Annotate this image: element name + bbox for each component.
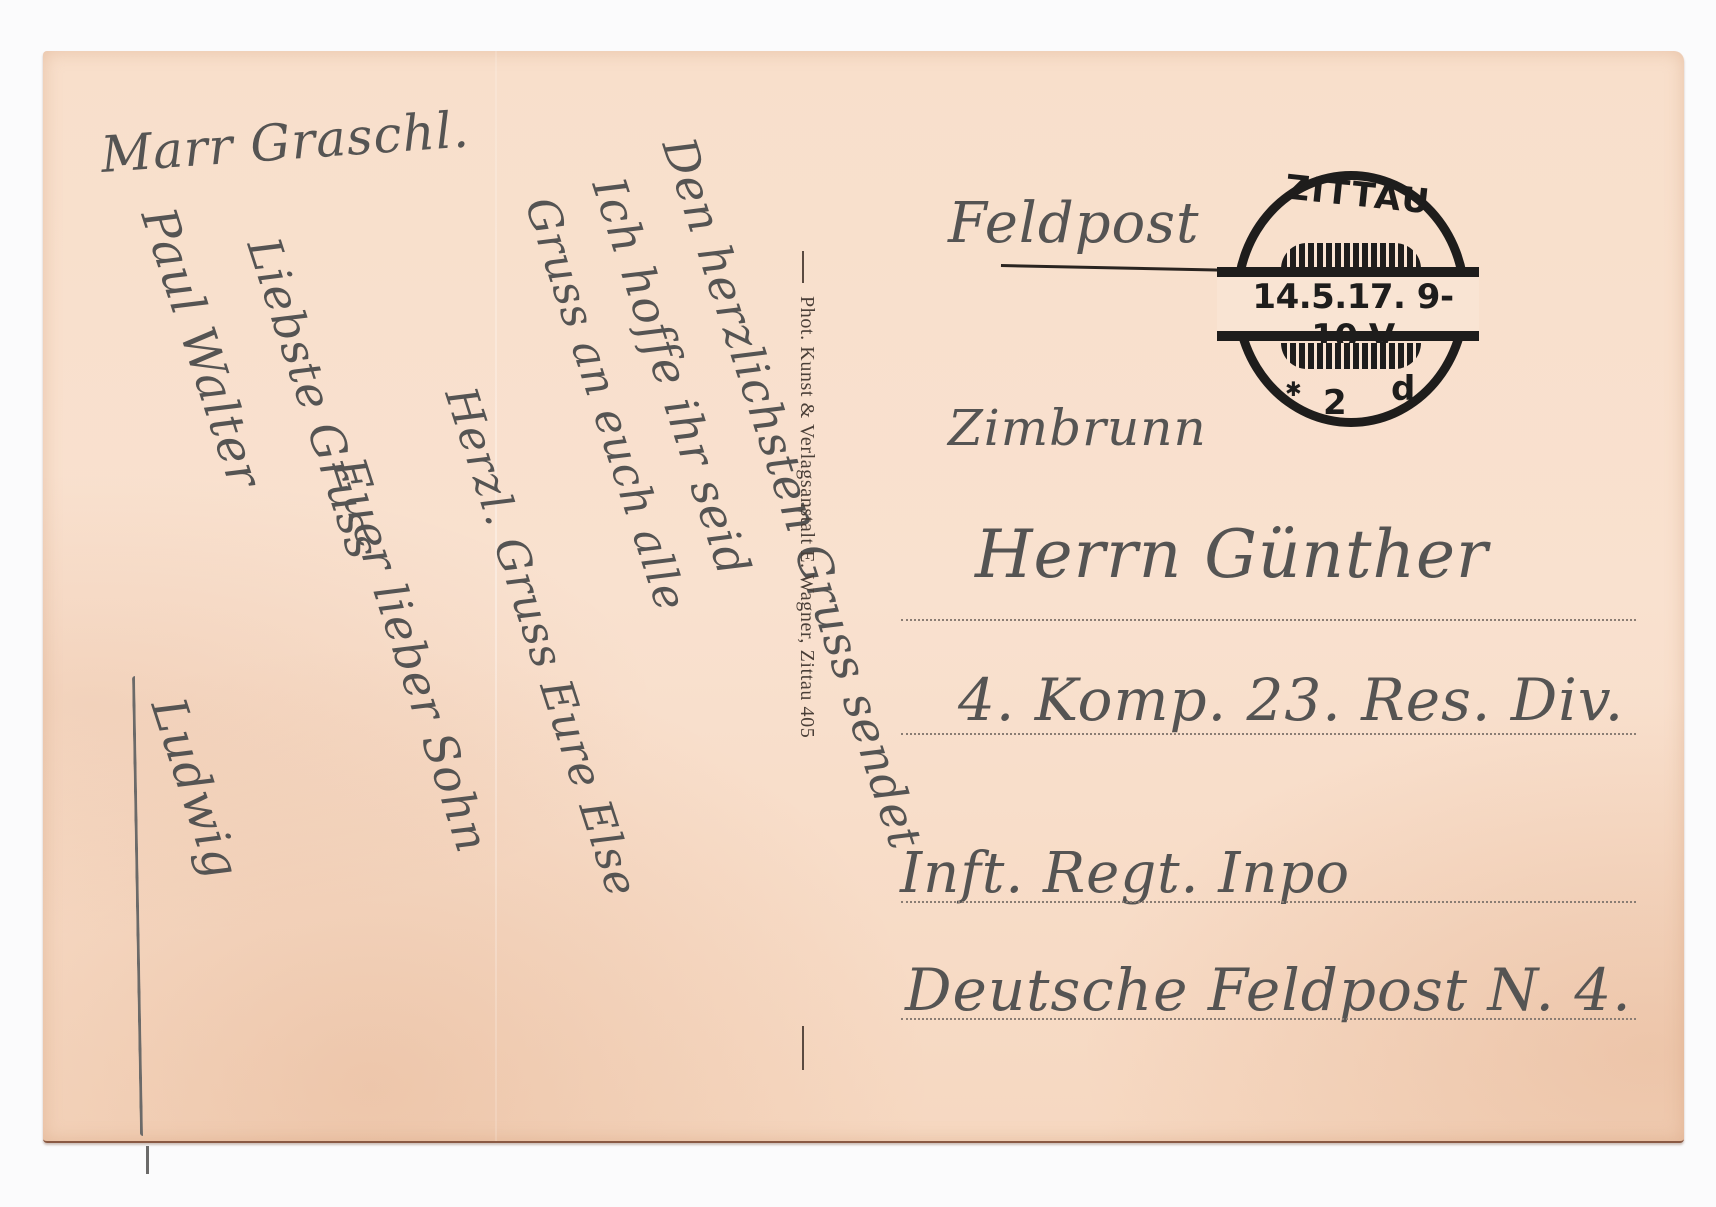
- imprint-text: Phot. Kunst & Verlagsanstalt E. Wagner, …: [795, 296, 818, 738]
- postmark-letter: d: [1391, 369, 1415, 409]
- pencil-mark: [146, 1146, 149, 1174]
- address-line-2: 4. Komp. 23. Res. Div.: [958, 666, 1624, 734]
- origin-place: Zimbrunn: [948, 399, 1207, 457]
- address-rule: [901, 901, 1636, 903]
- signature-underline: [132, 676, 148, 1136]
- address-rule: [901, 733, 1636, 735]
- fold-crease: [495, 51, 497, 1141]
- postmark-office-code: 2: [1323, 383, 1347, 423]
- postmark-arch: [1281, 343, 1421, 369]
- star-icon: ✱: [1285, 377, 1302, 402]
- message-line: Liebste Gruss: [237, 231, 392, 566]
- address-line-3: Inft. Regt. Inpo: [900, 841, 1350, 906]
- service-mark: Feldpost: [948, 191, 1200, 256]
- signature: Ludwig: [140, 691, 251, 886]
- sender-name: Marr Graschl.: [99, 100, 471, 184]
- address-line-4: Deutsche Feldpost N. 4.: [905, 956, 1632, 1024]
- postcard: Marr Graschl. Den herzlichsten Gruss sen…: [43, 51, 1684, 1143]
- address-rule: [901, 1018, 1636, 1020]
- imprint-rule-top: [802, 251, 804, 283]
- imprint-rule-bottom: [802, 1026, 804, 1070]
- postmark-stamp: ZITTAU 14.5.17. 9-10 V ✱ 2 d: [1223, 151, 1483, 441]
- address-rule: [901, 619, 1636, 621]
- address-line-1: Herrn Günther: [975, 516, 1489, 593]
- publisher-imprint: Phot. Kunst & Verlagsanstalt E. Wagner, …: [788, 251, 818, 1071]
- postmark-arch: [1281, 243, 1421, 269]
